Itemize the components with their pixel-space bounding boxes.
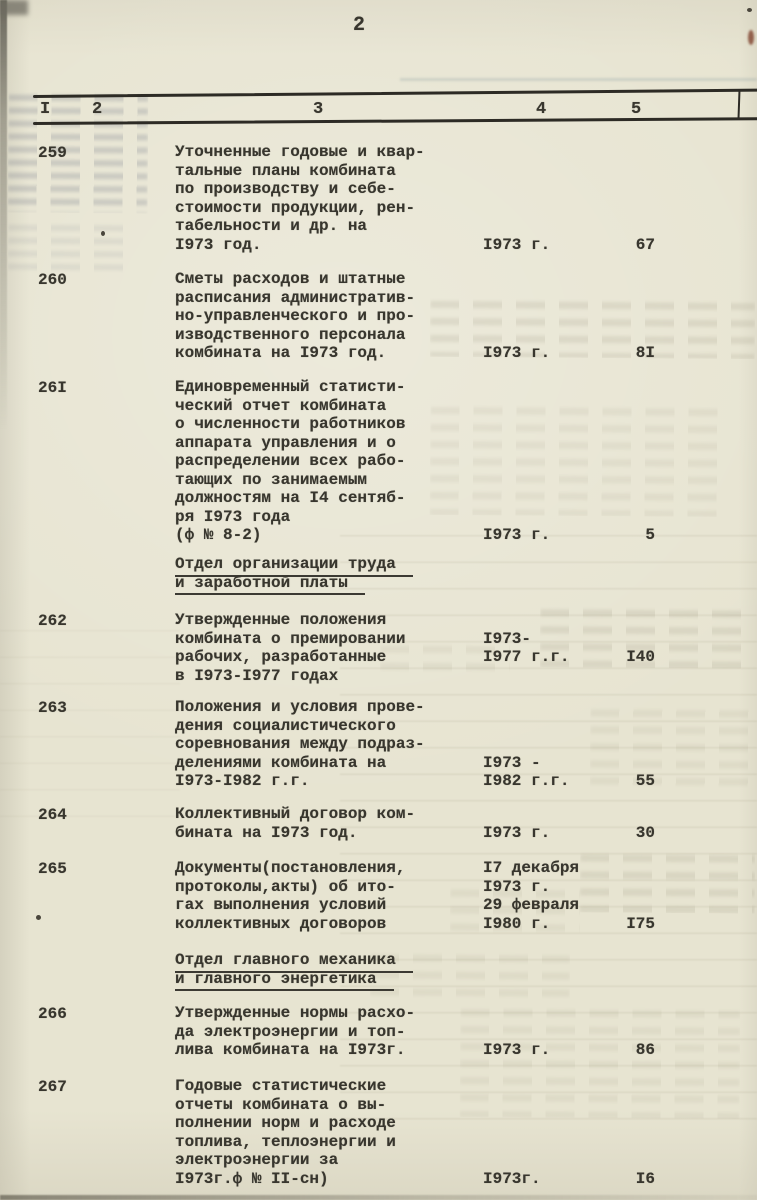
description-cell: комбината о премировании (175, 630, 405, 649)
description-cell: да электроэнергии и топ- (175, 1023, 405, 1042)
column-header: 4 (536, 100, 546, 119)
table-line: ческий отчет комбината (0, 397, 757, 416)
date-cell: I973 г. (483, 526, 550, 545)
table-line: тающих по занимаемым (0, 471, 757, 490)
description-cell: расписания административ- (175, 289, 415, 308)
table-line: стоимости продукции, рен- (0, 199, 757, 218)
description-cell: аппарата управления и о (175, 434, 396, 453)
section-heading-text: и главного энергетика (175, 970, 394, 992)
description-cell: о численности работников (175, 415, 405, 434)
table-line: протоколы,акты) об ито-I973 г. (0, 878, 757, 897)
description-cell: ческий отчет комбината (175, 397, 386, 416)
table-line: Коллективный договор ком- (0, 805, 757, 824)
table-line: Единовременный статисти- (0, 378, 757, 397)
description-cell: Документы(постановления, (175, 859, 405, 878)
table-line: Уточненные годовые и квар- (0, 143, 757, 162)
description-cell: I973 год. (175, 236, 261, 255)
description-cell: Коллективный договор ком- (175, 805, 415, 824)
ink-speck (748, 30, 754, 45)
table-line: соревнования между подраз- (0, 735, 757, 754)
date-cell: I973- (483, 630, 531, 649)
description-cell: Годовые статистические (175, 1077, 386, 1096)
description-cell: стоимости продукции, рен- (175, 199, 415, 218)
description-cell: коллективных договоров (175, 915, 386, 934)
description-cell: топлива, теплоэнергии и (175, 1133, 396, 1152)
pages-count-cell: 55 (595, 772, 655, 791)
date-cell: I973 - (483, 754, 541, 773)
pages-count-cell: 8I (595, 344, 655, 363)
table-line: расписания административ- (0, 289, 757, 308)
description-cell: ря I973 года (175, 508, 290, 527)
date-cell: 29 февраля (483, 896, 579, 915)
table-line: и главного энергетика (0, 970, 757, 989)
description-cell: Единовременный статисти- (175, 378, 405, 397)
table-line: изводственного персонала (0, 326, 757, 345)
page-number: 2 (353, 14, 365, 37)
table-line: отчеты комбината о вы- (0, 1096, 757, 1115)
table-line: комбината о премированииI973- (0, 630, 757, 649)
description-cell: должностям на I4 сентяб- (175, 489, 405, 508)
description-cell: изводственного персонала (175, 326, 405, 345)
table-line: гах выполнения условий29 февраля (0, 896, 757, 915)
entry-row: 260Сметы расходов и штатныерасписания ад… (0, 270, 757, 363)
table-line: лива комбината на I973г.I973 г.86 (0, 1041, 757, 1060)
description-cell: отчеты комбината о вы- (175, 1096, 386, 1115)
pages-count-cell: 30 (595, 824, 655, 843)
description-cell: распределении всех рабо- (175, 452, 405, 471)
description-cell: бината на I973 год. (175, 824, 357, 843)
entry-row: 263Положения и условия прове-дения социа… (0, 698, 757, 791)
description-cell: тающих по занимаемым (175, 471, 367, 490)
pages-count-cell: I6 (595, 1170, 655, 1189)
description-cell: лива комбината на I973г. (175, 1041, 405, 1060)
column-header: 5 (631, 100, 641, 119)
date-cell: I7 декабря (483, 859, 579, 878)
date-cell: I973 г. (483, 878, 550, 897)
ink-speck (747, 8, 752, 12)
entry-row: 265Документы(постановления,I7 декабряпро… (0, 859, 757, 933)
section-heading-text: и заработной платы (175, 574, 365, 596)
description-cell: I973-I982 г.г. (175, 772, 309, 791)
table-line: Сметы расходов и штатные (0, 270, 757, 289)
table-line: Утвержденные нормы расхо- (0, 1004, 757, 1023)
description-cell: электроэнергии за (175, 1151, 338, 1170)
pages-count-cell: 86 (595, 1041, 655, 1060)
description-cell: (ф № 8-2) (175, 526, 261, 545)
description-cell: соревнования между подраз- (175, 735, 425, 754)
description-cell: тальные планы комбината (175, 162, 396, 181)
table-line: по производству и себе- (0, 180, 757, 199)
table-line: Положения и условия прове- (0, 698, 757, 717)
entry-row: 266Утвержденные нормы расхо-да электроэн… (0, 1004, 757, 1060)
entry-row: 26IЕдиновременный статисти-ческий отчет … (0, 378, 757, 545)
description-cell: полнении норм и расходе (175, 1114, 396, 1133)
date-cell: I973г. (483, 1170, 541, 1189)
date-cell: I980 г. (483, 915, 550, 934)
table-line: Документы(постановления,I7 декабря (0, 859, 757, 878)
description-cell: Положения и условия прове- (175, 698, 425, 717)
table-line: Отдел организации труда (0, 555, 757, 574)
table-line: Утвержденные положения (0, 611, 757, 630)
description-cell: дения социалистического (175, 717, 396, 736)
table-header-rule-bottom (33, 117, 757, 124)
table-line: I973 год.I973 г.67 (0, 236, 757, 255)
description-cell: Уточненные годовые и квар- (175, 143, 425, 162)
entry-row: 264Коллективный договор ком-бината на I9… (0, 805, 757, 842)
table-line: и заработной платы (0, 574, 757, 593)
table-line: табельности и др. на (0, 217, 757, 236)
table-line: полнении норм и расходе (0, 1114, 757, 1133)
table-line: в I973-I977 годах (0, 667, 757, 686)
description-cell: рабочих, разработанные (175, 648, 386, 667)
date-cell: I977 г.г. (483, 648, 569, 667)
table-line: о численности работников (0, 415, 757, 434)
table-line: (ф № 8-2)I973 г.5 (0, 526, 757, 545)
date-cell: I982 г.г. (483, 772, 569, 791)
date-cell: I973 г. (483, 344, 550, 363)
pages-count-cell: I40 (595, 648, 655, 667)
table-line: рабочих, разработанныеI977 г.г.I40 (0, 648, 757, 667)
entry-row: 259Уточненные годовые и квар-тальные пла… (0, 143, 757, 254)
table-line: I973-I982 г.г.I982 г.г.55 (0, 772, 757, 791)
date-cell: I973 г. (483, 236, 550, 255)
column-header: 2 (92, 100, 102, 119)
entry-row: 267Годовые статистическиеотчеты комбинат… (0, 1077, 757, 1188)
table-header-rule-top (33, 89, 757, 98)
scanned-document-page: 2 I2345 259Уточненные годовые и квар-тал… (0, 0, 757, 1200)
description-cell: I973г.ф № II-сн) (175, 1170, 329, 1189)
pages-count-cell: 67 (595, 236, 655, 255)
table-header-rule-right (737, 89, 740, 120)
section-heading: Отдел организации трудаи заработной плат… (0, 555, 757, 592)
description-cell: Утвержденные нормы расхо- (175, 1004, 415, 1023)
pages-count-cell: I75 (595, 915, 655, 934)
pages-count-cell: 5 (595, 526, 655, 545)
table-line: тальные планы комбината (0, 162, 757, 181)
table-line: дения социалистического (0, 717, 757, 736)
description-cell: гах выполнения условий (175, 896, 386, 915)
table-line: да электроэнергии и топ- (0, 1023, 757, 1042)
table-line: коллективных договоровI980 г.I75 (0, 915, 757, 934)
description-cell: по производству и себе- (175, 180, 396, 199)
description-cell: но-управленческого и про- (175, 307, 415, 326)
column-header: 3 (313, 100, 323, 119)
date-cell: I973 г. (483, 1041, 550, 1060)
description-cell: Утвержденные положения (175, 611, 386, 630)
table-line: но-управленческого и про- (0, 307, 757, 326)
description-cell: делениями комбината на (175, 754, 386, 773)
table-line: должностям на I4 сентяб- (0, 489, 757, 508)
scan-corner (0, 0, 28, 15)
table-line: комбината на I973 год.I973 г.8I (0, 344, 757, 363)
table-line: Отдел главного механика (0, 951, 757, 970)
scan-streak (400, 78, 757, 81)
table-line: I973г.ф № II-сн)I973г.I6 (0, 1170, 757, 1189)
table-line: делениями комбината наI973 - (0, 754, 757, 773)
table-line: Годовые статистические (0, 1077, 757, 1096)
table-line: распределении всех рабо- (0, 452, 757, 471)
description-cell: протоколы,акты) об ито- (175, 878, 396, 897)
table-line: аппарата управления и о (0, 434, 757, 453)
description-cell: комбината на I973 год. (175, 344, 386, 363)
table-line: бината на I973 год.I973 г.30 (0, 824, 757, 843)
table-line: топлива, теплоэнергии и (0, 1133, 757, 1152)
table-line: электроэнергии за (0, 1151, 757, 1170)
date-cell: I973 г. (483, 824, 550, 843)
section-heading: Отдел главного механикаи главного энерге… (0, 951, 757, 988)
scan-edge-bottom (0, 1195, 757, 1200)
table-line: ря I973 года (0, 508, 757, 527)
description-cell: табельности и др. на (175, 217, 367, 236)
description-cell: в I973-I977 годах (175, 667, 338, 686)
entry-row: 262Утвержденные положениякомбината о пре… (0, 611, 757, 685)
description-cell: Сметы расходов и штатные (175, 270, 405, 289)
column-header: I (40, 100, 50, 119)
